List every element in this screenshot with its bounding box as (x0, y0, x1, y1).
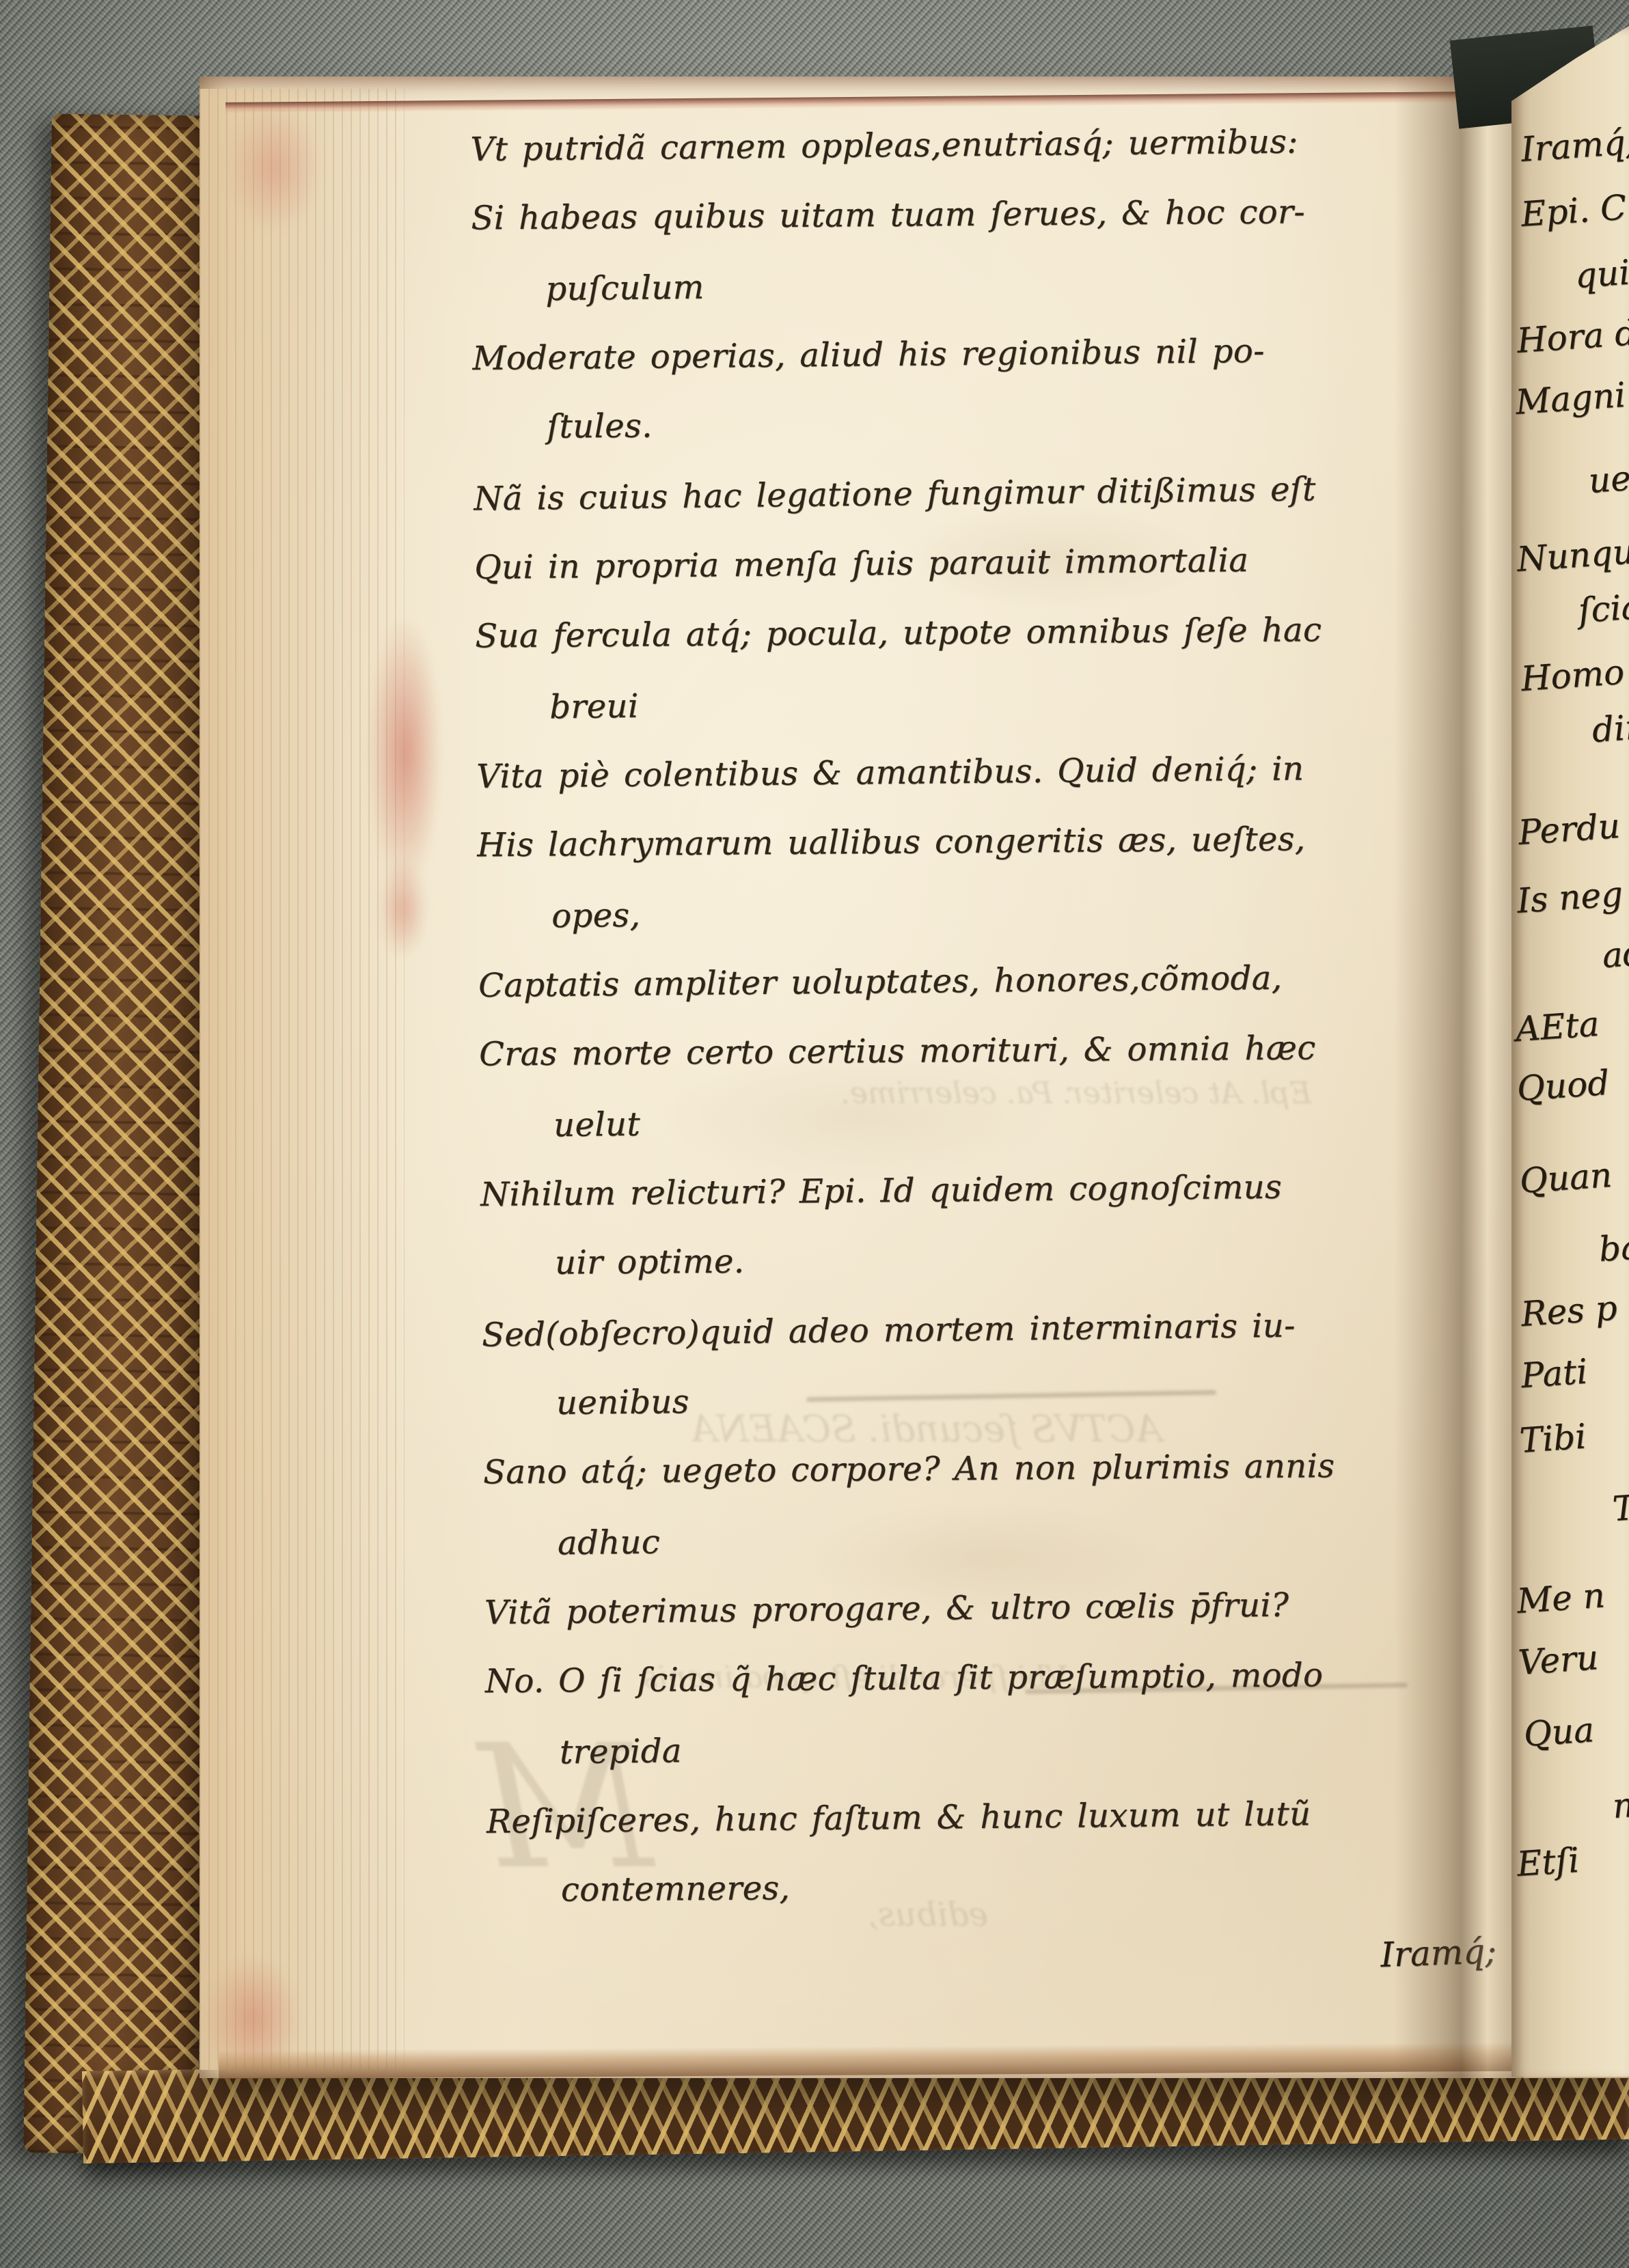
right-page-text-fragment: T (1611, 1488, 1629, 1529)
right-page-text-fragment: Quod (1516, 1063, 1611, 1109)
right-page-sliver: Iramq́;Epi. CquiHora dMagniuerNunquſciaH… (1511, 20, 1629, 2077)
text-line: Si habeas quibus uitam tuam ſerues, & ho… (471, 176, 1469, 253)
right-page-text-fragment: Qua (1522, 1710, 1596, 1754)
right-page-text-fragment: Homo (1520, 652, 1626, 699)
text-line: Cras morte certo certius morituri, & omn… (479, 1012, 1477, 1089)
right-page-text-fragment: Veru (1517, 1637, 1600, 1683)
text-line: adhuc (483, 1497, 1481, 1579)
photo-open-book: Epl. At celeriter. Pa. celerrime.ACTVS ſ… (0, 0, 1629, 2268)
right-page-text-fragment: qui (1574, 253, 1629, 296)
text-line: Nã is cuius hac legatione fungimur ditiß… (474, 452, 1472, 534)
right-page-text-fragment: m (1611, 1784, 1629, 1826)
text-line: Vt putridã carnem oppleas,enutriasq́; ue… (470, 105, 1468, 184)
right-page-text-fragment: Hora d (1516, 313, 1629, 361)
text-line: Vita piè colentibus & amantibus. Quid de… (476, 732, 1475, 812)
text-line: Sua fercula atq́; pocula, utpote omnibus… (475, 594, 1473, 671)
right-page-text-fragment: Tibi (1518, 1416, 1587, 1461)
text-line: Nihilum relicturi? Epi. Id quidem cognoſ… (480, 1150, 1479, 1230)
text-line: Vitã poterimus prorogare, & ultro cœlis … (484, 1568, 1483, 1648)
right-page-text-fragment: ſcia (1577, 587, 1629, 631)
text-line: opes, (478, 870, 1476, 952)
text-line: uir optime. (481, 1221, 1479, 1298)
text-line: breui (476, 661, 1474, 743)
text-line: Sano atq́; uegeto corpore? An non plurim… (483, 1430, 1481, 1507)
text-line: Qui in propria menſa ſuis parauit immort… (474, 523, 1473, 603)
catchword: Iramq́; (1298, 1931, 1497, 1978)
left-page-text: Vt putridã carnem oppleas,enutriasq́; ue… (470, 105, 1485, 1926)
right-page-text-fragment: Iramq́; (1520, 122, 1629, 169)
text-line: His lachrymarum uallibus congeritis æs, … (477, 803, 1475, 880)
right-page-text-fragment: Perdu (1517, 806, 1621, 853)
right-page-text-fragment: Res p (1520, 1288, 1618, 1334)
text-line: No. O ſi ſcias q̃ hæc ſtulta ſit præſump… (485, 1639, 1483, 1716)
text-line: contemneres, (487, 1848, 1486, 1925)
right-page-text-fragment: Epi. C (1520, 187, 1628, 234)
text-line: ſtules. (473, 385, 1471, 462)
text-line: puſculum (471, 243, 1470, 324)
text-line: trepida (485, 1706, 1483, 1788)
text-line: Captatis ampliter uoluptates, honores,cõ… (478, 941, 1477, 1021)
text-line: uenibus (482, 1359, 1481, 1439)
right-page-text-fragment: AEta (1514, 1004, 1600, 1049)
right-page-text-fragment: Etſi (1516, 1840, 1580, 1884)
right-page-text-fragment: ad (1601, 933, 1629, 976)
right-page-text-fragment: uer (1587, 457, 1629, 501)
text-line: Sed(obſecro)quid adeo mortem interminari… (482, 1288, 1480, 1370)
right-page-text-fragment: ba (1598, 1227, 1629, 1269)
right-page-text-fragment: Me n (1516, 1575, 1606, 1621)
text-line: Moderate operias, aliud his regionibus n… (472, 314, 1470, 393)
right-page-text-fragment: Quan (1518, 1155, 1613, 1201)
right-page-text-fragment: Pati (1520, 1351, 1589, 1396)
text-line: Reſipiſceres, hunc faſtum & hunc luxum u… (486, 1778, 1484, 1857)
right-page-text-fragment: din (1591, 707, 1629, 750)
gilt-leather-cover-edge-left (23, 113, 226, 2155)
right-page-text-fragment: Magni (1514, 375, 1627, 422)
right-page-text-fragment: Nunqu (1516, 531, 1629, 579)
right-page-text-fragment: Is neg (1516, 874, 1624, 921)
text-line: uelut (480, 1079, 1478, 1161)
